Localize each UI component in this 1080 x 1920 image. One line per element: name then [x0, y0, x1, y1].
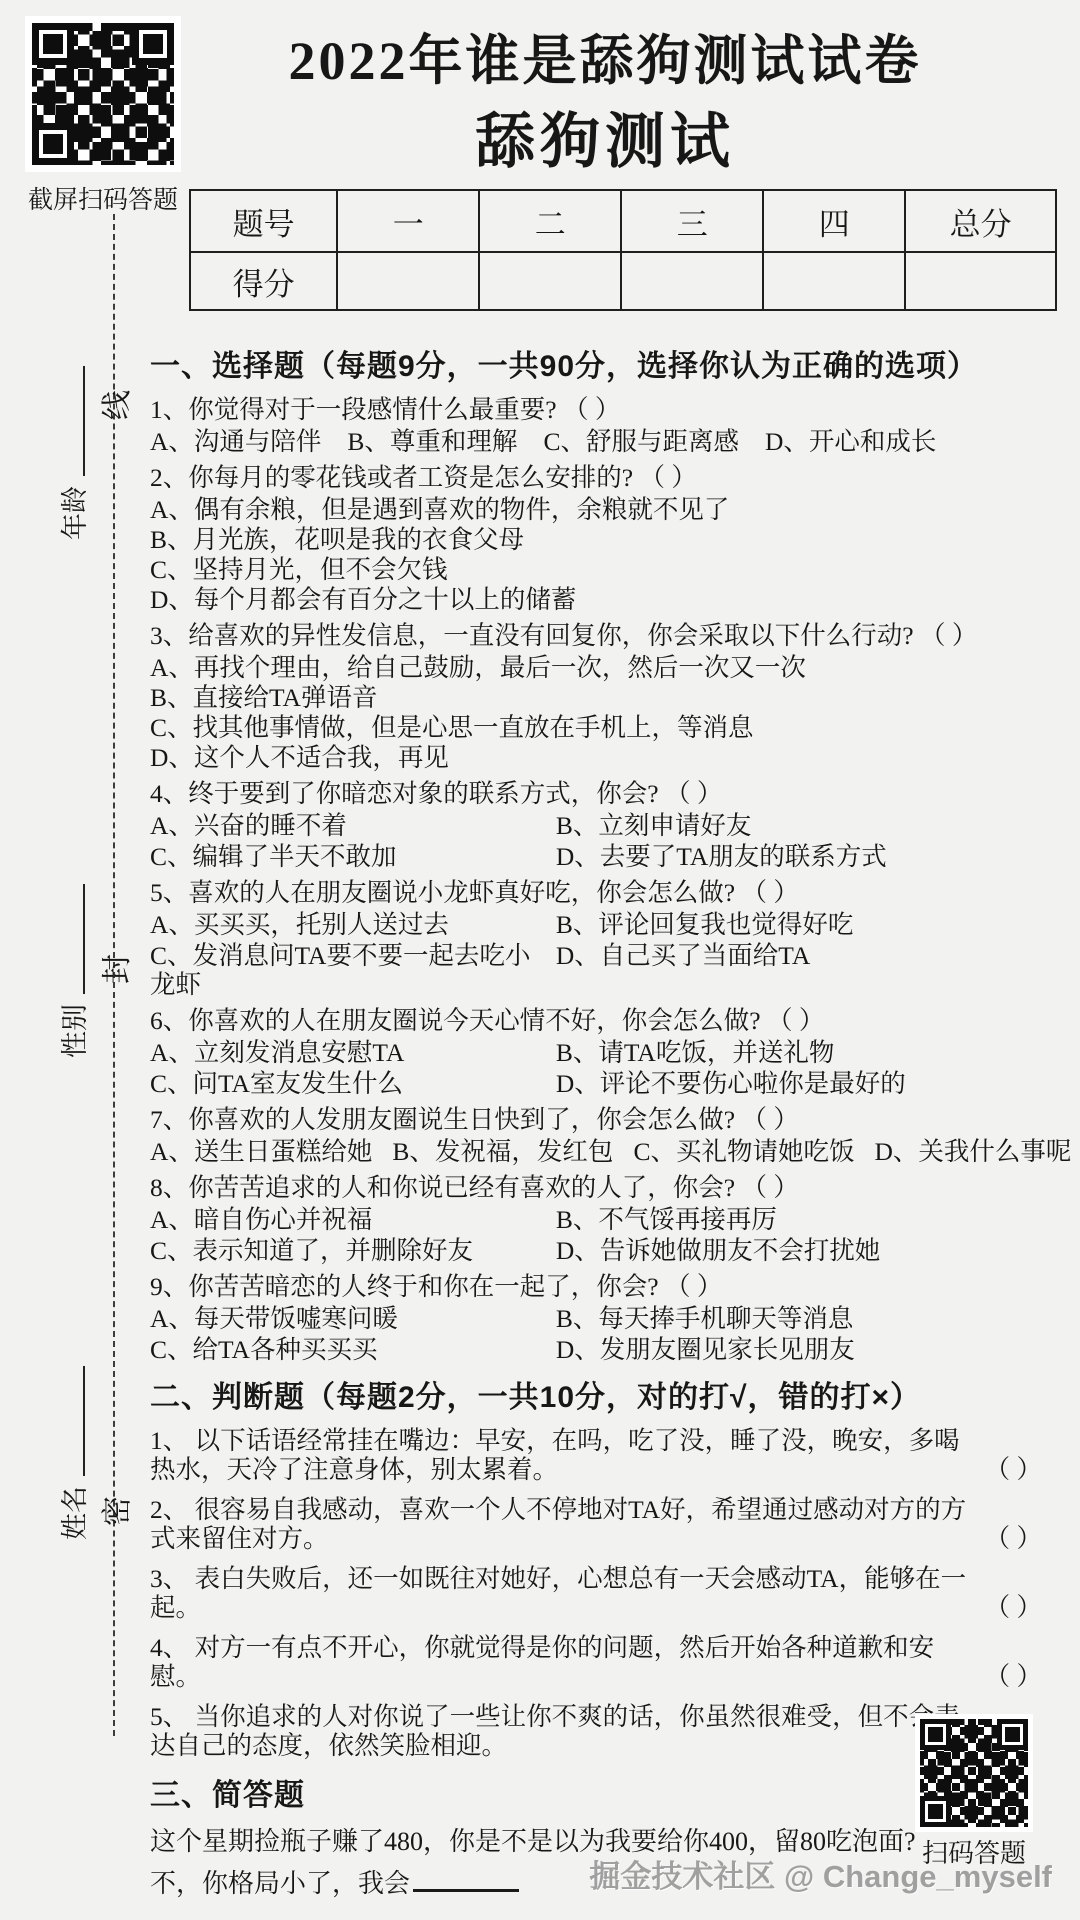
score-row-label: 得分 [190, 252, 337, 310]
col-part-2: 二 [479, 190, 621, 252]
option-d: D、每个月都会有百分之十以上的储蓄 [150, 585, 1052, 614]
question-1: 1、你觉得对于一段感情什么最重要? （ ） A、沟通与陪伴 B、尊重和理解 C、… [150, 395, 1052, 456]
judgment-text: 4、 对方一有点不开心，你就觉得是你的问题，然后开始各种道歉和安慰。 [150, 1633, 967, 1691]
question-options: A、立刻发消息安慰TA B、请TA吃饭，并送礼物 C、问TA室友发生什么 D、评… [150, 1038, 1052, 1098]
score-table: 题号 一 二 三 四 总分 得分 [189, 189, 1057, 311]
question-options: A、买买买，托别人送过去 B、评论回复我也觉得好吃 C、发消息问TA要不要一起去… [150, 910, 1052, 999]
col-part-3: 三 [621, 190, 763, 252]
option-a: A、送生日蛋糕给她 [150, 1137, 372, 1166]
qr-code-bottom [915, 1714, 1033, 1832]
watermark: 掘金技术社区 @ Change_myself [589, 1851, 1052, 1896]
question-options: A、偶有余粮，但是遇到喜欢的物件，余粮就不见了 B、月光族，花呗是我的衣食父母 … [150, 495, 1052, 614]
option-b: B、评论回复我也觉得好吃 [556, 910, 1052, 939]
section2-heading: 二、判断题（每题2分，一共10分，对的打√，错的打×） [150, 1380, 1052, 1416]
judgment-text: 1、 以下话语经常挂在嘴边：早安，在吗，吃了没，睡了没，晚安，多喝热水，天冷了注… [150, 1426, 967, 1484]
age-blank-line [83, 366, 85, 476]
option-c: C、表示知道了，并删除好友 [150, 1236, 556, 1265]
option-b: B、直接给TA弹语音 [150, 683, 1052, 712]
question-text: 7、你喜欢的人发朋友圈说生日快到了，你会怎么做? （ ） [150, 1105, 1052, 1134]
score-cell [621, 252, 763, 310]
question-9: 9、你苦苦暗恋的人终于和你在一起了，你会? （ ） A、每天带饭嘘寒问暖 B、每… [150, 1272, 1052, 1364]
seal-char-line: 线 [100, 387, 136, 423]
question-text: 1、你觉得对于一段感情什么最重要? （ ） [150, 395, 1052, 424]
option-a: A、买买买，托别人送过去 [150, 910, 556, 939]
exam-body: 一、选择题（每题9分，一共90分，选择你认为正确的选项） 1、你觉得对于一段感情… [150, 349, 1052, 1898]
question-text: 4、终于要到了你暗恋对象的联系方式，你会? （ ） [150, 779, 1052, 808]
gender-field: 性别 [58, 880, 92, 1058]
score-table-header-row: 题号 一 二 三 四 总分 [190, 190, 1056, 252]
option-c: C、找其他事情做，但是心思一直放在手机上，等消息 [150, 713, 1052, 742]
question-text: 3、给喜欢的异性发信息，一直没有回复你，你会采取以下什么行动? （ ） [150, 621, 1052, 650]
question-text: 5、喜欢的人在朋友圈说小龙虾真好吃，你会怎么做? （ ） [150, 878, 1052, 907]
question-5: 5、喜欢的人在朋友圈说小龙虾真好吃，你会怎么做? （ ） A、买买买，托别人送过… [150, 878, 1052, 999]
option-a: A、暗自伤心并祝福 [150, 1205, 556, 1234]
question-6: 6、你喜欢的人在朋友圈说今天心情不好，你会怎么做? （ ） A、立刻发消息安慰T… [150, 1006, 1052, 1098]
option-d: D、评论不要伤心啦你是最好的 [556, 1069, 1052, 1098]
option-c: C、坚持月光，但不会欠钱 [150, 555, 1052, 584]
score-table-score-row: 得分 [190, 252, 1056, 310]
question-options: A、兴奋的睡不着 B、立刻申请好友 C、编辑了半天不敢加 D、去要了TA朋友的联… [150, 811, 1052, 871]
option-a: A、立刻发消息安慰TA [150, 1038, 556, 1067]
option-b: B、发祝福，发红包 [392, 1137, 613, 1166]
seal-char-mi: 密 [100, 1493, 136, 1529]
judgment-item-2: 2、 很容易自我感动，喜欢一个人不停地对TA好，希望通过感动对方的方式来留住对方… [150, 1495, 1052, 1553]
question-2: 2、你每月的零花钱或者工资是怎么安排的? （ ） A、偶有余粮，但是遇到喜欢的物… [150, 463, 1052, 614]
question-text: 9、你苦苦暗恋的人终于和你在一起了，你会? （ ） [150, 1272, 1052, 1301]
question-options: A、送生日蛋糕给她 B、发祝福，发红包 C、买礼物请她吃饭 D、关我什么事呢 [150, 1137, 1052, 1166]
question-options: A、沟通与陪伴 B、尊重和理解 C、舒服与距离感 D、开心和成长 [150, 427, 1052, 456]
option-d: D、去要了TA朋友的联系方式 [556, 842, 1052, 871]
option-d: D、这个人不适合我，再见 [150, 743, 1052, 772]
judgment-item-1: 1、 以下话语经常挂在嘴边：早安，在吗，吃了没，睡了没，晚安，多喝热水，天冷了注… [150, 1426, 1052, 1484]
option-a: A、沟通与陪伴 [150, 427, 321, 456]
option-b: B、不气馁再接再厉 [556, 1205, 1052, 1234]
question-text: 8、你苦苦追求的人和你说已经有喜欢的人了，你会? （ ） [150, 1173, 1052, 1202]
answer-bracket: （ ） [985, 1662, 1042, 1691]
judgment-item-4: 4、 对方一有点不开心，你就觉得是你的问题，然后开始各种道歉和安慰。 （ ） [150, 1633, 1052, 1691]
option-b: B、请TA吃饭，并送礼物 [556, 1038, 1052, 1067]
score-cell [479, 252, 621, 310]
qr-finder-icon [920, 1796, 951, 1827]
qr-finder-icon [920, 1719, 951, 1750]
score-cell [763, 252, 905, 310]
gender-blank-line [83, 884, 85, 994]
judgment-item-3: 3、 表白失败后，还一如既往对她好，心想总有一天会感动TA，能够在一起。 （ ） [150, 1564, 1052, 1622]
seal-char-feng: 封 [100, 951, 136, 987]
judgment-text: 5、 当你追求的人对你说了一些让你不爽的话，你虽然很难受，但不会表达自己的态度，… [150, 1702, 967, 1760]
col-total: 总分 [905, 190, 1056, 252]
option-c: C、发消息问TA要不要一起去吃小龙虾 [150, 941, 556, 999]
option-b: B、尊重和理解 [347, 427, 517, 456]
question-4: 4、终于要到了你暗恋对象的联系方式，你会? （ ） A、兴奋的睡不着 B、立刻申… [150, 779, 1052, 871]
question-options: A、再找个理由，给自己鼓励，最后一次，然后一次又一次 B、直接给TA弹语音 C、… [150, 653, 1052, 772]
page-title: 2022年谁是舔狗测试试卷 [150, 18, 1060, 95]
qr-finder-icon [32, 123, 74, 165]
option-c: C、编辑了半天不敢加 [150, 842, 556, 871]
score-cell [905, 252, 1056, 310]
question-3: 3、给喜欢的异性发信息，一直没有回复你，你会采取以下什么行动? （ ） A、再找… [150, 621, 1052, 772]
short-answer-prompt-2: 不，你格局小了，我会 [150, 1869, 410, 1898]
option-c: C、买礼物请她吃饭 [633, 1137, 854, 1166]
col-part-4: 四 [763, 190, 905, 252]
age-label: 年龄 [58, 486, 92, 540]
page-subtitle: 舔狗测试 [150, 94, 1060, 180]
option-c: C、给TA各种买买买 [150, 1335, 556, 1364]
gender-label: 性别 [58, 1004, 92, 1058]
option-b: B、月光族，花呗是我的衣食父母 [150, 525, 1052, 554]
score-cell [337, 252, 479, 310]
judgment-text: 3、 表白失败后，还一如既往对她好，心想总有一天会感动TA，能够在一起。 [150, 1564, 967, 1622]
option-d: D、关我什么事呢 [874, 1137, 1071, 1166]
exam-paper: 线 封 密 年龄 性别 姓名 截屏扫码答题 2022年谁是舔狗测试试卷 舔狗测试… [0, 0, 1080, 1920]
option-a: A、再找个理由，给自己鼓励，最后一次，然后一次又一次 [150, 653, 1052, 682]
question-options: A、每天带饭嘘寒问暖 B、每天捧手机聊天等消息 C、给TA各种买买买 D、发朋友… [150, 1304, 1052, 1364]
option-b: B、立刻申请好友 [556, 811, 1052, 840]
name-blank-line [83, 1366, 85, 1476]
option-a: A、偶有余粮，但是遇到喜欢的物件，余粮就不见了 [150, 495, 1052, 524]
answer-bracket: （ ） [985, 1455, 1042, 1484]
question-8: 8、你苦苦追求的人和你说已经有喜欢的人了，你会? （ ） A、暗自伤心并祝福 B… [150, 1173, 1052, 1265]
question-options: A、暗自伤心并祝福 B、不气馁再接再厉 C、表示知道了，并删除好友 D、告诉她做… [150, 1205, 1052, 1265]
col-part-1: 一 [337, 190, 479, 252]
section1-heading: 一、选择题（每题9分，一共90分，选择你认为正确的选项） [150, 349, 1052, 385]
option-b: B、每天捧手机聊天等消息 [556, 1304, 1052, 1333]
qr-top-caption: 截屏扫码答题 [18, 180, 188, 216]
judgment-text: 2、 很容易自我感动，喜欢一个人不停地对TA好，希望通过感动对方的方式来留住对方… [150, 1495, 967, 1553]
option-a: A、每天带饭嘘寒问暖 [150, 1304, 556, 1333]
question-text: 2、你每月的零花钱或者工资是怎么安排的? （ ） [150, 463, 1052, 492]
option-d: D、开心和成长 [765, 427, 936, 456]
option-c: C、问TA室友发生什么 [150, 1069, 556, 1098]
option-a: A、兴奋的睡不着 [150, 811, 556, 840]
answer-bracket: （ ） [985, 1593, 1042, 1622]
col-question-no: 题号 [190, 190, 337, 252]
qr-finder-icon [997, 1719, 1028, 1750]
question-7: 7、你喜欢的人发朋友圈说生日快到了，你会怎么做? （ ） A、送生日蛋糕给她 B… [150, 1105, 1052, 1166]
name-label: 姓名 [58, 1486, 92, 1540]
answer-blank [413, 1885, 519, 1892]
question-text: 6、你喜欢的人在朋友圈说今天心情不好，你会怎么做? （ ） [150, 1006, 1052, 1035]
option-d: D、告诉她做朋友不会打扰她 [556, 1236, 1052, 1265]
option-c: C、舒服与距离感 [543, 427, 739, 456]
option-d: D、发朋友圈见家长见朋友 [556, 1335, 1052, 1364]
option-d: D、自己买了当面给TA [556, 941, 1052, 999]
age-field: 年龄 [58, 362, 92, 540]
name-field: 姓名 [58, 1362, 92, 1540]
qr-finder-icon [32, 23, 74, 65]
answer-bracket: （ ） [985, 1524, 1042, 1553]
